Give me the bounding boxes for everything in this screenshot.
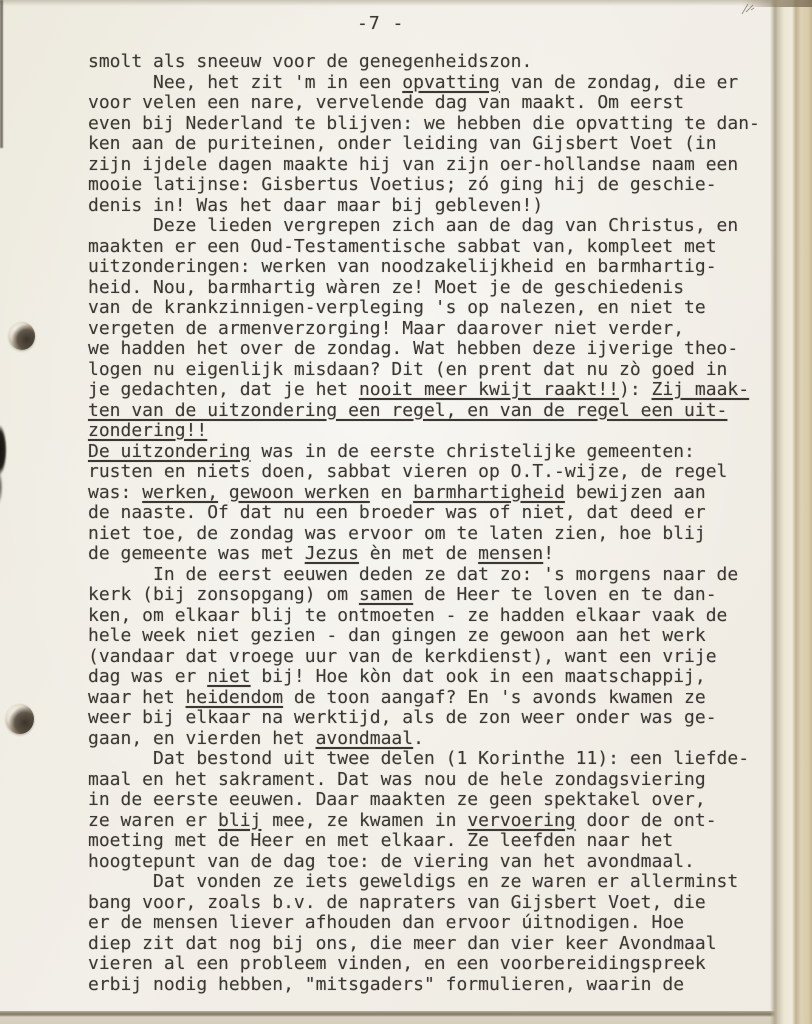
pencil-mark-icon [738,1,760,17]
text-line: uitzonderingen: werken van noodzakelijkh… [88,257,778,278]
text-line: de naaste. Of dat nu een broeder was of … [88,503,778,524]
text-line: diep zit dat nog bij ons, die meer dan v… [88,934,778,955]
underlined-text: heidendom [186,687,284,708]
text-line: vieren al een probleem vinden, en een vo… [88,954,778,975]
text-line: de gemeente was met Jezus èn met de mens… [88,544,778,565]
underlined-text: gewoon werken [229,482,370,503]
text-line: dag was er niet bij! Hoe kòn dat ook in … [88,667,778,688]
text-line: maal en het sakrament. Dat was nou de he… [88,770,778,791]
text-line: voor velen een nare, vervelende dag van … [88,93,778,114]
scan-top-edge [0,0,812,6]
text-line: was: werken, gewoon werken en barmhartig… [88,483,778,504]
scanned-typewritten-page: -7 - smolt als sneeuw voor de genegenhei… [0,0,812,1024]
binder-rivet-icon [9,322,35,350]
text-line: De uitzondering was in de eerste christe… [88,442,778,463]
typewritten-text-body: smolt als sneeuw voor de genegenheidszon… [88,52,778,995]
underlined-text: ten van de uitzondering een regel, en va… [88,400,727,421]
text-line: weer bij elkaar na werktijd, als de zon … [88,708,778,729]
text-line: ze waren er blij mee, ze kwamen in vervo… [88,811,778,832]
underlined-text: niet [207,666,250,687]
text-line: vergeten de armenverzorging! Maar daarov… [88,319,778,340]
underlined-text: werken, [142,482,218,503]
binder-rivet-icon [6,704,34,734]
underlined-text: Jezus [305,543,359,564]
text-line: bang voor, zoals b.v. de napraters van G… [88,893,778,914]
text-line: heid. Nou, barmhartig wàren ze! Moet je … [88,278,778,299]
ink-blotch [0,412,15,512]
text-line: maakten er een Oud-Testamentische sabbat… [88,237,778,258]
underlined-text: samen [359,584,413,605]
text-line: Deze lieden vergrepen zich aan de dag va… [88,216,778,237]
text-line: Nee, het zit 'm in een opvatting van de … [88,73,778,94]
text-line: Dat bestond uit twee delen (1 Korinthe 1… [88,749,778,770]
text-line: ken aan de puriteinen, onder leiding van… [88,134,778,155]
text-line: gaan, en vierden het avondmaal. [88,729,778,750]
text-line: waar het heidendom de toon aangaf? En 's… [88,688,778,709]
text-line: hele week niet gezien - dan gingen ze ge… [88,626,778,647]
text-line: in de eerste eeuwen. Daar maakten ze gee… [88,790,778,811]
underlined-text: mensen [478,543,543,564]
text-line: hoogtepunt van de dag toe: de viering va… [88,852,778,873]
text-line: niet toe, de zondag was ervoor om te lat… [88,524,778,545]
text-line: je gedachten, dat je het nooit meer kwij… [88,380,778,401]
page-number: -7 - [357,13,404,34]
underlined-text: opvatting [402,72,500,93]
text-line: we hadden het over de zondag. Wat hebben… [88,339,778,360]
underlined-text: zondering!! [88,420,207,441]
underlined-text: blij [218,810,261,831]
text-line: logen nu eigenlijk misdaan? Dit (en pren… [88,360,778,381]
underlined-text: barmhartigheid [413,482,565,503]
underlined-text: nooit meer kwijt raakt!! [359,379,619,400]
underlined-text: vervoering [467,810,575,831]
text-line: kerk (bij zonsopgang) om samen de Heer t… [88,585,778,606]
text-line: rusten en niets doen, sabbat vieren op O… [88,462,778,483]
page-bottom-edge [0,1011,812,1024]
text-line: erbij nodig hebben, "mitsgaders" formuli… [88,975,778,996]
scan-left-edge-line [0,0,3,148]
text-line: er de mensen liever afhouden dan ervoor … [88,913,778,934]
text-line: denis in! Was het daar maar bij gebleven… [88,196,778,217]
text-line: van de krankzinnigen-verpleging 's op na… [88,298,778,319]
text-line: even bij Nederland te blijven: we hebben… [88,114,778,135]
text-line: ten van de uitzondering een regel, en va… [88,401,778,422]
text-line: In de eerst eeuwen deden ze dat zo: 's m… [88,565,778,586]
text-line: zijn ijdele dagen maakte hij van zijn oe… [88,155,778,176]
underlined-text: avondmaal [316,728,414,749]
text-line: ken, om elkaar blij te ontmoeten - ze ha… [88,606,778,627]
underlined-text: De uitzondering [88,441,251,462]
text-line: (vandaar dat vroege uur van de kerkdiens… [88,647,778,668]
text-line: smolt als sneeuw voor de genegenheidszon… [88,52,778,73]
text-line: Dat vonden ze iets geweldigs en ze waren… [88,872,778,893]
underlined-text: Zij maak- [652,379,750,400]
text-line: zondering!! [88,421,778,442]
text-line: mooie latijnse: Gisbertus Voetius; zó gi… [88,175,778,196]
text-line: moeting met de Heer en met elkaar. Ze le… [88,831,778,852]
